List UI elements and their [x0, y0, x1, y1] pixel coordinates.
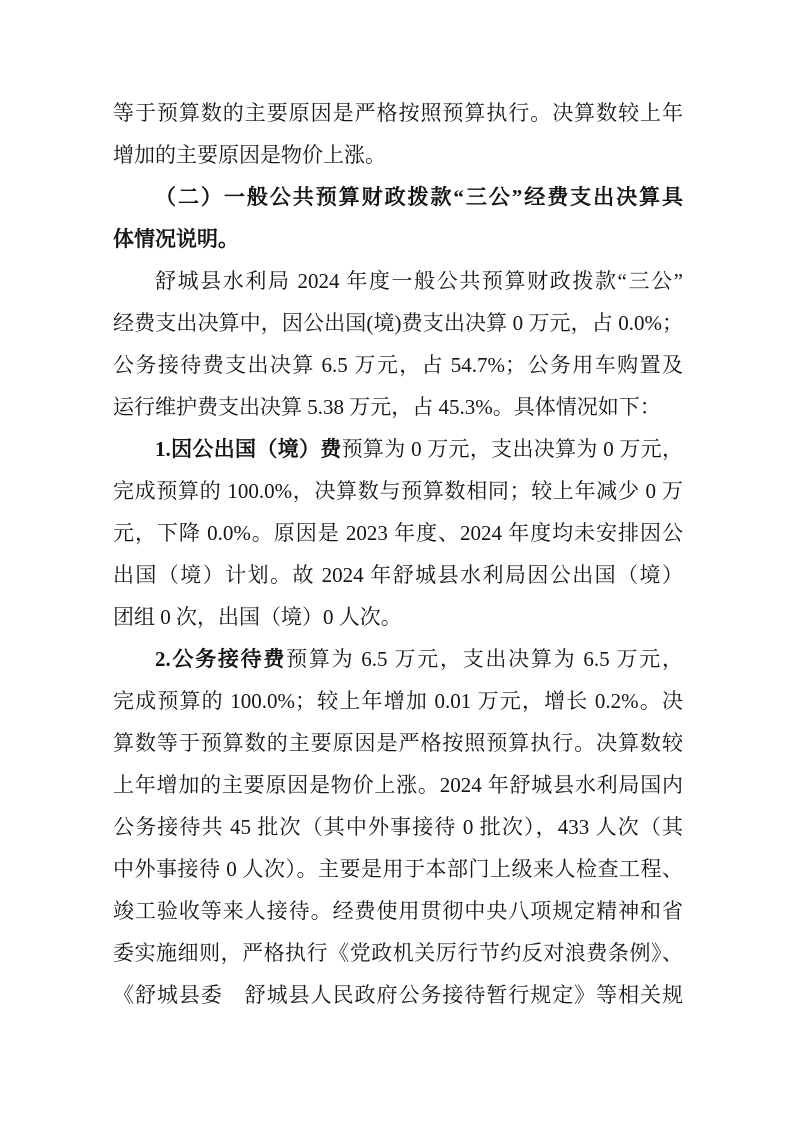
bold-run: （二）一般公共预算财政拨款“三公”经费支出决算具 [155, 185, 683, 209]
document-line: 公务接待共 45 批次（其中外事接待 0 批次），433 人次（其 [113, 806, 683, 848]
document-line: 委实施细则，严格执行《党政机关厉行节约反对浪费条例》、 [113, 932, 683, 974]
document-line: 完成预算的 100.0%，决算数与预算数相同；较上年减少 0 万 [113, 470, 683, 512]
document-line: 《舒城县委 舒城县人民政府公务接待暂行规定》等相关规 [113, 974, 683, 1016]
text-run: 竣工验收等来人接待。经费使用贯彻中央八项规定精神和省 [113, 899, 683, 923]
document-line: 团组 0 次，出国（境）0 人次。 [113, 596, 683, 638]
bold-run: 2.公务接待费 [155, 647, 286, 671]
bold-run: 体情况说明。 [113, 227, 239, 251]
text-run: 元，下降 0.0%。原因是 2023 年度、2024 年度均未安排因公 [113, 521, 683, 545]
document-line: 等于预算数的主要原因是严格按照预算执行。决算数较上年 [113, 92, 683, 134]
document-line: 元，下降 0.0%。原因是 2023 年度、2024 年度均未安排因公 [113, 512, 683, 554]
document-line: 增加的主要原因是物价上涨。 [113, 134, 683, 176]
text-run: 舒城县水利局 2024 年度一般公共预算财政拨款“三公” [155, 269, 683, 293]
text-run: 委实施细则，严格执行《党政机关厉行节约反对浪费条例》、 [113, 941, 683, 965]
document-line: 公务接待费支出决算 6.5 万元，占 54.7%；公务用车购置及 [113, 344, 683, 386]
text-run: 预算为 0 万元，支出决算为 0 万元， [342, 437, 683, 461]
text-run: 《舒城县委 舒城县人民政府公务接待暂行规定》等相关规 [113, 983, 683, 1007]
document-line: 算数等于预算数的主要原因是严格按照预算执行。决算数较 [113, 722, 683, 764]
document-line: 竣工验收等来人接待。经费使用贯彻中央八项规定精神和省 [113, 890, 683, 932]
document-body: 等于预算数的主要原因是严格按照预算执行。决算数较上年增加的主要原因是物价上涨。（… [113, 92, 683, 1016]
document-page: 等于预算数的主要原因是严格按照预算执行。决算数较上年增加的主要原因是物价上涨。（… [0, 0, 793, 1122]
text-run: 预算为 6.5 万元，支出决算为 6.5 万元， [286, 647, 683, 671]
text-run: 经费支出决算中，因公出国(境)费支出决算 0 万元，占 0.0%； [113, 311, 683, 335]
document-line: 2.公务接待费预算为 6.5 万元，支出决算为 6.5 万元， [113, 638, 683, 680]
bold-run: 1.因公出国（境）费 [155, 437, 342, 461]
document-line: 上年增加的主要原因是物价上涨。2024 年舒城县水利局国内 [113, 764, 683, 806]
text-run: 出国（境）计划。故 2024 年舒城县水利局因公出国（境） [113, 563, 683, 587]
text-run: 算数等于预算数的主要原因是严格按照预算执行。决算数较 [113, 731, 683, 755]
document-line: 舒城县水利局 2024 年度一般公共预算财政拨款“三公” [113, 260, 683, 302]
document-line: 经费支出决算中，因公出国(境)费支出决算 0 万元，占 0.0%； [113, 302, 683, 344]
text-run: 完成预算的 100.0%；较上年增加 0.01 万元，增长 0.2%。决 [113, 689, 683, 713]
text-run: 团组 0 次，出国（境）0 人次。 [113, 605, 402, 629]
document-line: 运行维护费支出决算 5.38 万元，占 45.3%。具体情况如下： [113, 386, 683, 428]
text-run: 增加的主要原因是物价上涨。 [113, 143, 386, 167]
document-line: （二）一般公共预算财政拨款“三公”经费支出决算具 [113, 176, 683, 218]
document-line: 体情况说明。 [113, 218, 683, 260]
text-run: 完成预算的 100.0%，决算数与预算数相同；较上年减少 0 万 [113, 479, 683, 503]
text-run: 运行维护费支出决算 5.38 万元，占 45.3%。具体情况如下： [113, 395, 661, 419]
text-run: 公务接待共 45 批次（其中外事接待 0 批次），433 人次（其 [113, 815, 683, 839]
document-line: 1.因公出国（境）费预算为 0 万元，支出决算为 0 万元， [113, 428, 683, 470]
document-line: 中外事接待 0 人次）。主要是用于本部门上级来人检查工程、 [113, 848, 683, 890]
text-run: 上年增加的主要原因是物价上涨。2024 年舒城县水利局国内 [113, 773, 683, 797]
document-line: 出国（境）计划。故 2024 年舒城县水利局因公出国（境） [113, 554, 683, 596]
document-line: 完成预算的 100.0%；较上年增加 0.01 万元，增长 0.2%。决 [113, 680, 683, 722]
text-run: 公务接待费支出决算 6.5 万元，占 54.7%；公务用车购置及 [113, 353, 683, 377]
text-run: 中外事接待 0 人次）。主要是用于本部门上级来人检查工程、 [113, 857, 683, 881]
text-run: 等于预算数的主要原因是严格按照预算执行。决算数较上年 [113, 101, 683, 125]
